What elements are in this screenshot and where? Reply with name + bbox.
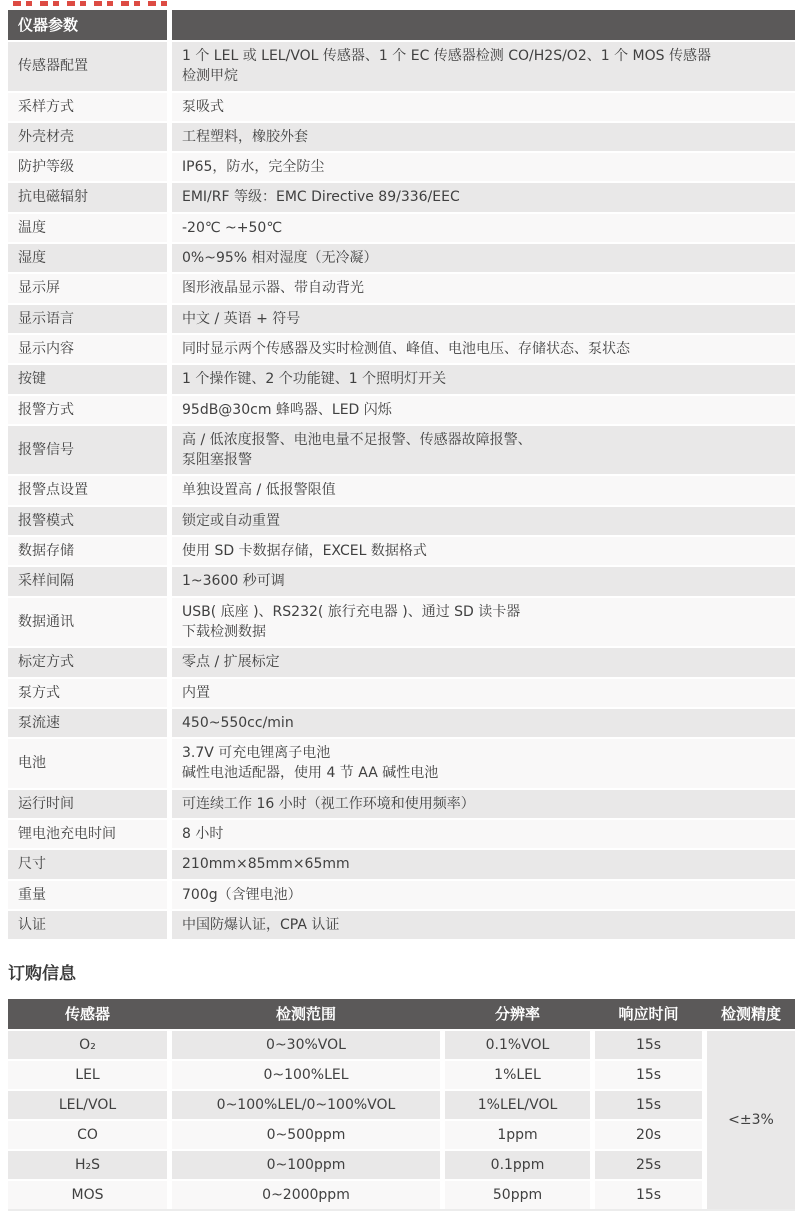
spec-value-cell: 中文 / 英语 + 符号 [172, 305, 795, 333]
spec-value-cell: 3.7V 可充电锂离子电池 碱性电池适配器，使用 4 节 AA 碱性电池 [172, 739, 795, 788]
spec-row: 报警点设置单独设置高 / 低报警限值 [8, 476, 795, 504]
spec-label-cell: 泵方式 [8, 679, 167, 707]
order-header-cell: 传感器 [8, 999, 167, 1029]
spec-row: 标定方式零点 / 扩展标定 [8, 648, 795, 676]
spec-header-value [172, 10, 795, 40]
spec-label-cell: 防护等级 [8, 153, 167, 181]
resolution-cell: 1%LEL/VOL [445, 1091, 590, 1119]
spec-row: 显示语言中文 / 英语 + 符号 [8, 305, 795, 333]
spec-label-cell: 电池 [8, 739, 167, 788]
spec-row: 尺寸210mm×85mm×65mm [8, 850, 795, 878]
spec-value-cell: -20℃ ~+50℃ [172, 214, 795, 242]
spec-table-header: 仪器参数 [8, 10, 795, 40]
sensor-cell: CO [8, 1121, 167, 1149]
spec-label-cell: 传感器配置 [8, 42, 167, 91]
range-cell: 0~500ppm [172, 1121, 440, 1149]
spec-value-cell: 单独设置高 / 低报警限值 [172, 476, 795, 504]
spec-header-label: 仪器参数 [8, 10, 167, 40]
spec-label-cell: 报警点设置 [8, 476, 167, 504]
spec-value-cell: 中国防爆认证，CPA 认证 [172, 911, 795, 939]
spec-value-cell: 图形液晶显示器、带自动背光 [172, 274, 795, 302]
response-time-cell: 15s [595, 1061, 702, 1089]
spec-label-cell: 报警模式 [8, 507, 167, 535]
spec-label-cell: 报警信号 [8, 426, 167, 475]
spec-value-cell: 1~3600 秒可调 [172, 567, 795, 595]
sensor-cell: O₂ [8, 1031, 167, 1059]
spec-row: 认证中国防爆认证，CPA 认证 [8, 911, 795, 939]
spec-label-cell: 显示屏 [8, 274, 167, 302]
spec-row: 数据存储使用 SD 卡数据存储，EXCEL 数据格式 [8, 537, 795, 565]
spec-row: 泵流速450~550cc/min [8, 709, 795, 737]
sensor-cell: MOS [8, 1181, 167, 1209]
instrument-parameters-table: 仪器参数 传感器配置1 个 LEL 或 LEL/VOL 传感器、1 个 EC 传… [8, 10, 795, 939]
spec-value-cell: 使用 SD 卡数据存储，EXCEL 数据格式 [172, 537, 795, 565]
range-cell: 0~100ppm [172, 1151, 440, 1179]
spec-row: 采样间隔1~3600 秒可调 [8, 567, 795, 595]
spec-row: 运行时间可连续工作 16 小时（视工作环境和使用频率） [8, 790, 795, 818]
response-time-cell: 15s [595, 1031, 702, 1059]
range-cell: 0~2000ppm [172, 1181, 440, 1209]
spec-label-cell: 显示内容 [8, 335, 167, 363]
spec-row: 传感器配置1 个 LEL 或 LEL/VOL 传感器、1 个 EC 传感器检测 … [8, 42, 795, 91]
spec-row: 显示内容同时显示两个传感器及实时检测值、峰值、电池电压、存储状态、泵状态 [8, 335, 795, 363]
response-time-cell: 15s [595, 1091, 702, 1119]
spec-value-cell: 可连续工作 16 小时（视工作环境和使用频率） [172, 790, 795, 818]
resolution-cell: 1ppm [445, 1121, 590, 1149]
order-table-body: O₂0~30%VOL0.1%VOL15sLEL0~100%LEL1%LEL15s… [8, 1031, 795, 1211]
spec-value-cell: 零点 / 扩展标定 [172, 648, 795, 676]
resolution-cell: 1%LEL [445, 1061, 590, 1089]
spec-value-cell: 0%~95% 相对湿度（无冷凝） [172, 244, 795, 272]
spec-label-cell: 显示语言 [8, 305, 167, 333]
order-header-cell: 响应时间 [595, 999, 702, 1029]
response-time-cell: 20s [595, 1121, 702, 1149]
range-cell: 0~100%LEL [172, 1061, 440, 1089]
clipped-red-heading [13, 1, 171, 6]
spec-row: 抗电磁辐射EMI/RF 等级：EMC Directive 89/336/EEC [8, 183, 795, 211]
order-header-cell: 检测精度 [707, 999, 795, 1029]
spec-row: 防护等级IP65，防水，完全防尘 [8, 153, 795, 181]
ordering-info-table: 传感器检测范围分辨率响应时间检测精度 O₂0~30%VOL0.1%VOL15sL… [8, 999, 795, 1211]
spec-label-cell: 泵流速 [8, 709, 167, 737]
spec-value-cell: 高 / 低浓度报警、电池电量不足报警、传感器故障报警、 泵阻塞报警 [172, 426, 795, 475]
spec-label-cell: 数据存储 [8, 537, 167, 565]
spec-value-cell: 1 个操作键、2 个功能键、1 个照明灯开关 [172, 365, 795, 393]
spec-value-cell: 210mm×85mm×65mm [172, 850, 795, 878]
spec-label-cell: 认证 [8, 911, 167, 939]
spec-row: 数据通讯USB( 底座 )、RS232( 旅行充电器 )、通过 SD 读卡器 下… [8, 598, 795, 647]
spec-row: 锂电池充电时间8 小时 [8, 820, 795, 848]
sensor-cell: H₂S [8, 1151, 167, 1179]
spec-label-cell: 外壳材壳 [8, 123, 167, 151]
spec-value-cell: 内置 [172, 679, 795, 707]
spec-label-cell: 运行时间 [8, 790, 167, 818]
spec-row: 报警方式95dB@30cm 蜂鸣器、LED 闪烁 [8, 396, 795, 424]
order-header-cell: 检测范围 [172, 999, 440, 1029]
spec-value-cell: 同时显示两个传感器及实时检测值、峰值、电池电压、存储状态、泵状态 [172, 335, 795, 363]
spec-value-cell: 700g（含锂电池） [172, 881, 795, 909]
spec-label-cell: 抗电磁辐射 [8, 183, 167, 211]
spec-label-cell: 采样间隔 [8, 567, 167, 595]
resolution-cell: 0.1ppm [445, 1151, 590, 1179]
spec-row: 湿度0%~95% 相对湿度（无冷凝） [8, 244, 795, 272]
resolution-cell: 50ppm [445, 1181, 590, 1209]
spec-value-cell: 8 小时 [172, 820, 795, 848]
spec-label-cell: 重量 [8, 881, 167, 909]
spec-row: 电池3.7V 可充电锂离子电池 碱性电池适配器，使用 4 节 AA 碱性电池 [8, 739, 795, 788]
spec-row: 按键1 个操作键、2 个功能键、1 个照明灯开关 [8, 365, 795, 393]
spec-value-cell: IP65，防水，完全防尘 [172, 153, 795, 181]
spec-value-cell: USB( 底座 )、RS232( 旅行充电器 )、通过 SD 读卡器 下载检测数… [172, 598, 795, 647]
spec-row: 重量700g（含锂电池） [8, 881, 795, 909]
spec-row: 温度-20℃ ~+50℃ [8, 214, 795, 242]
order-header-cell: 分辨率 [445, 999, 590, 1029]
response-time-cell: 25s [595, 1151, 702, 1179]
response-time-cell: 15s [595, 1181, 702, 1209]
sensor-cell: LEL [8, 1061, 167, 1089]
spec-value-cell: 1 个 LEL 或 LEL/VOL 传感器、1 个 EC 传感器检测 CO/H2… [172, 42, 795, 91]
spec-label-cell: 按键 [8, 365, 167, 393]
spec-label-cell: 采样方式 [8, 93, 167, 121]
spec-row: 报警信号高 / 低浓度报警、电池电量不足报警、传感器故障报警、 泵阻塞报警 [8, 426, 795, 475]
spec-label-cell: 标定方式 [8, 648, 167, 676]
spec-label-cell: 数据通讯 [8, 598, 167, 647]
spec-row: 采样方式泵吸式 [8, 93, 795, 121]
resolution-cell: 0.1%VOL [445, 1031, 590, 1059]
spec-value-cell: 工程塑料，橡胶外套 [172, 123, 795, 151]
spec-row: 报警模式锁定或自动重置 [8, 507, 795, 535]
spec-row: 外壳材壳工程塑料，橡胶外套 [8, 123, 795, 151]
spec-label-cell: 尺寸 [8, 850, 167, 878]
spec-row: 显示屏图形液晶显示器、带自动背光 [8, 274, 795, 302]
spec-value-cell: 泵吸式 [172, 93, 795, 121]
spec-label-cell: 温度 [8, 214, 167, 242]
order-table-header: 传感器检测范围分辨率响应时间检测精度 [8, 999, 795, 1029]
range-cell: 0~100%LEL/0~100%VOL [172, 1091, 440, 1119]
spec-label-cell: 湿度 [8, 244, 167, 272]
ordering-info-title: 订购信息 [8, 959, 795, 984]
spec-value-cell: EMI/RF 等级：EMC Directive 89/336/EEC [172, 183, 795, 211]
spec-table-body: 传感器配置1 个 LEL 或 LEL/VOL 传感器、1 个 EC 传感器检测 … [8, 42, 795, 939]
range-cell: 0~30%VOL [172, 1031, 440, 1059]
spec-label-cell: 报警方式 [8, 396, 167, 424]
accuracy-cell: <±3% [707, 1031, 795, 1209]
spec-label-cell: 锂电池充电时间 [8, 820, 167, 848]
spec-sheet-page: 仪器参数 传感器配置1 个 LEL 或 LEL/VOL 传感器、1 个 EC 传… [0, 1, 808, 1219]
spec-value-cell: 锁定或自动重置 [172, 507, 795, 535]
spec-value-cell: 450~550cc/min [172, 709, 795, 737]
spec-row: 泵方式内置 [8, 679, 795, 707]
spec-value-cell: 95dB@30cm 蜂鸣器、LED 闪烁 [172, 396, 795, 424]
sensor-cell: LEL/VOL [8, 1091, 167, 1119]
